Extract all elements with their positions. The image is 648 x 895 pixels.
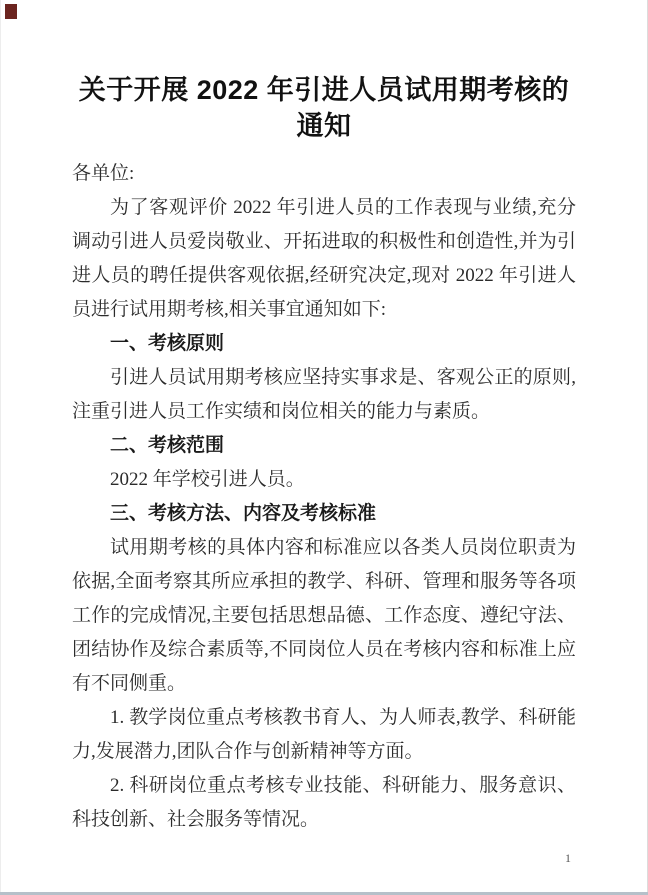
paragraph-principles: 引进人员试用期考核应坚持实事求是、客观公正的原则,注重引进人员工作实绩和岗位相关… (72, 361, 576, 429)
scan-edge-left (0, 0, 1, 895)
scan-corner-artifact (5, 4, 17, 19)
paragraph-item-2: 2. 科研岗位重点考核专业技能、科研能力、服务意识、科技创新、社会服务等情况。 (72, 769, 576, 837)
salutation: 各单位: (72, 157, 576, 191)
paragraph-intro: 为了客观评价 2022 年引进人员的工作表现与业绩,充分调动引进人员爱岗敬业、开… (72, 191, 576, 327)
scanned-document-page: 关于开展 2022 年引进人员试用期考核的通知 各单位: 为了客观评价 2022… (0, 0, 648, 895)
section-heading-3: 三、考核方法、内容及考核标准 (72, 497, 576, 531)
paragraph-methods: 试用期考核的具体内容和标准应以各类人员岗位职责为依据,全面考察其所应承担的教学、… (72, 531, 576, 701)
document-body: 关于开展 2022 年引进人员试用期考核的通知 各单位: 为了客观评价 2022… (0, 0, 648, 837)
paragraph-item-1: 1. 教学岗位重点考核教书育人、为人师表,教学、科研能力,发展潜力,团队合作与创… (72, 701, 576, 769)
section-heading-2: 二、考核范围 (72, 429, 576, 463)
document-title: 关于开展 2022 年引进人员试用期考核的通知 (72, 0, 576, 144)
page-number: 1 (565, 851, 571, 865)
paragraph-scope: 2022 年学校引进人员。 (72, 463, 576, 497)
section-heading-1: 一、考核原则 (72, 327, 576, 361)
